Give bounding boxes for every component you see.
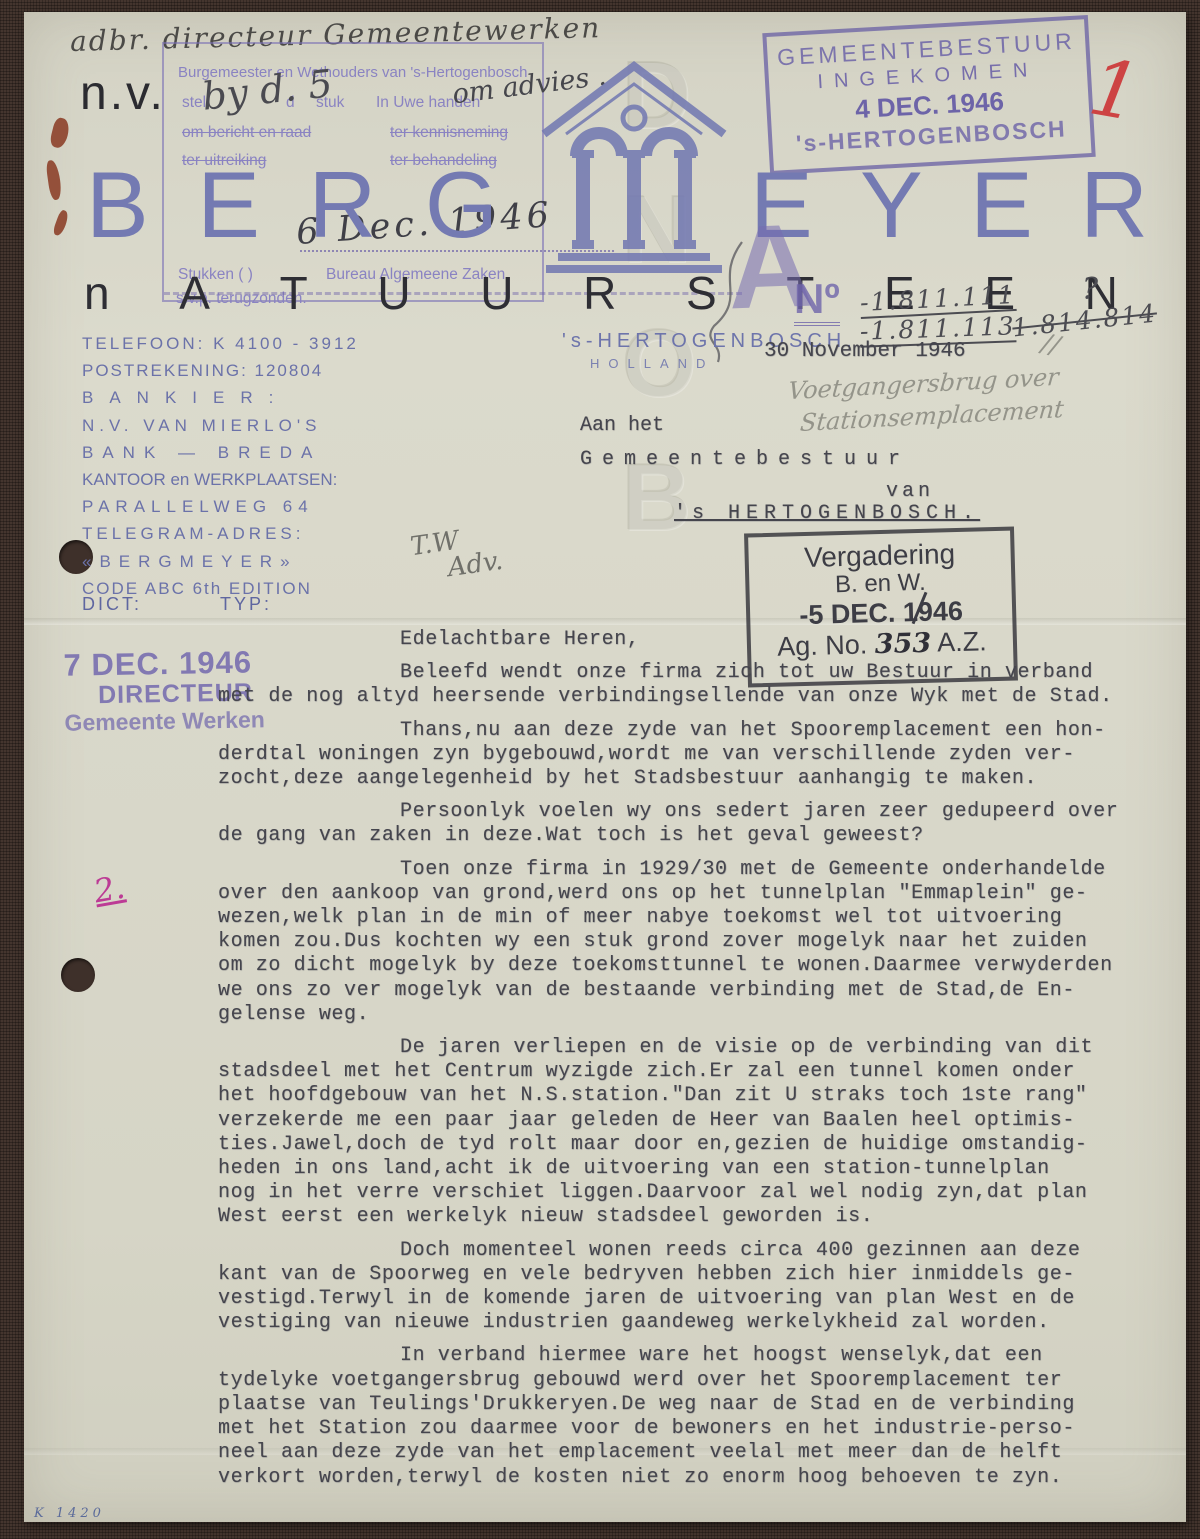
contact-bank-name: N.V. VAN MIERLO'S <box>82 412 359 439</box>
ref-question-mark: ? <box>1082 272 1098 307</box>
letterform: E <box>197 158 260 252</box>
recipient-line-city: 's HERTOGENBOSCH. <box>674 502 980 525</box>
letterform: A <box>179 270 210 316</box>
contact-bankier: BANKIER: <box>82 384 359 411</box>
contact-bank-city: BANK — BREDA <box>82 439 359 466</box>
bergmeyer-temple-logo <box>536 54 732 274</box>
letterform: G <box>425 158 498 252</box>
red-folio-number: 1 <box>1083 42 1148 139</box>
letter-page: DNOB adbr. directeur Gemeentewerken Burg… <box>24 12 1186 1522</box>
contact-postrekening: POSTREKENING: 120804 <box>82 357 359 384</box>
paragraph-3: Persoonlyk voelen wy ons sedert jaren ze… <box>218 800 1180 848</box>
ingekomen-stamp: GEMEENTEBESTUUR INGEKOMEN 4 DEC. 1946 's… <box>762 15 1095 175</box>
letterform: R <box>583 270 616 316</box>
letterform: R <box>308 158 376 252</box>
punch-hole <box>61 958 95 992</box>
paper-damage <box>49 117 72 150</box>
letter-body: Edelachtbare Heren, Beleefd wendt onze f… <box>218 628 1180 1499</box>
letter-date: 30 November 1946 <box>764 340 966 363</box>
letterform: B <box>86 158 149 252</box>
pencil-tw-line2: Adv. <box>446 546 505 583</box>
contact-kantoor: KANTOOR en WERKPLAATSEN: <box>82 466 359 493</box>
contact-telegram: TELEGRAM-ADRES: <box>82 520 359 547</box>
paragraph-5: De jaren verliepen en de visie op de ver… <box>218 1036 1180 1230</box>
letterform: Y <box>860 158 923 252</box>
letterform: n <box>84 270 110 316</box>
wordmark-berg: BERG <box>86 158 498 252</box>
paragraph-6: Doch momenteel wonen reeds circa 400 gez… <box>218 1239 1180 1336</box>
letterform: U <box>377 270 410 316</box>
contact-telegram-naam: «BERGMEYER» <box>82 548 359 575</box>
dict-typ-row: DICT: TYP: <box>82 594 272 615</box>
form-code: K 1420 <box>34 1506 105 1521</box>
company-prefix: n.v. <box>80 66 166 121</box>
letterform: T <box>280 270 308 316</box>
paragraph-1: Beleefd wendt onze firma zich tot uw Bes… <box>218 661 1180 709</box>
no-registry-stamp: Nº <box>794 278 840 326</box>
letterhead-contact-block: TELEFOON: K 4100 - 3912 POSTREKENING: 12… <box>82 330 359 602</box>
contact-adres: PARALLELWEG 64 <box>82 493 359 520</box>
recipient-line-aan-het: Aan het <box>580 414 664 437</box>
pencil-tw-note: T.W Adv. <box>409 520 505 588</box>
bw-stamp-option-kennisneming: ter kennisneming <box>390 124 508 142</box>
dict-label: DICT: <box>82 594 142 614</box>
letterform: U <box>480 270 513 316</box>
letterform: S <box>686 270 717 316</box>
contact-telefoon: TELEFOON: K 4100 - 3912 <box>82 330 359 357</box>
recipient-line-gemeentebestuur: Gemeentebestuur <box>580 448 910 471</box>
typ-label: TYP: <box>220 594 272 614</box>
pink-margin-number: 2. <box>91 868 128 911</box>
letterform: E <box>970 158 1033 252</box>
letterhead-country: HOLLAND <box>590 356 714 371</box>
paper-damage <box>45 159 62 200</box>
paragraph-4: Toen onze firma in 1929/30 met de Gemeen… <box>218 858 1180 1027</box>
paper-damage <box>52 209 70 237</box>
salutation: Edelachtbare Heren, <box>218 628 1180 652</box>
letterform: R <box>1080 158 1148 252</box>
scan-background: { "letterhead": { "nv": "n.v.", "berg": … <box>0 0 1200 1539</box>
bw-stamp-option-bericht: om bericht en raad <box>182 124 311 142</box>
paragraph-7: In verband hiermee ware het hoogst wense… <box>218 1344 1180 1489</box>
paragraph-2: Thans,nu aan deze zyde van het Spoorempl… <box>218 719 1180 792</box>
vergadering-date-text: -5 DEC. 1946 <box>799 596 963 630</box>
recipient-line-van: van <box>886 480 934 503</box>
